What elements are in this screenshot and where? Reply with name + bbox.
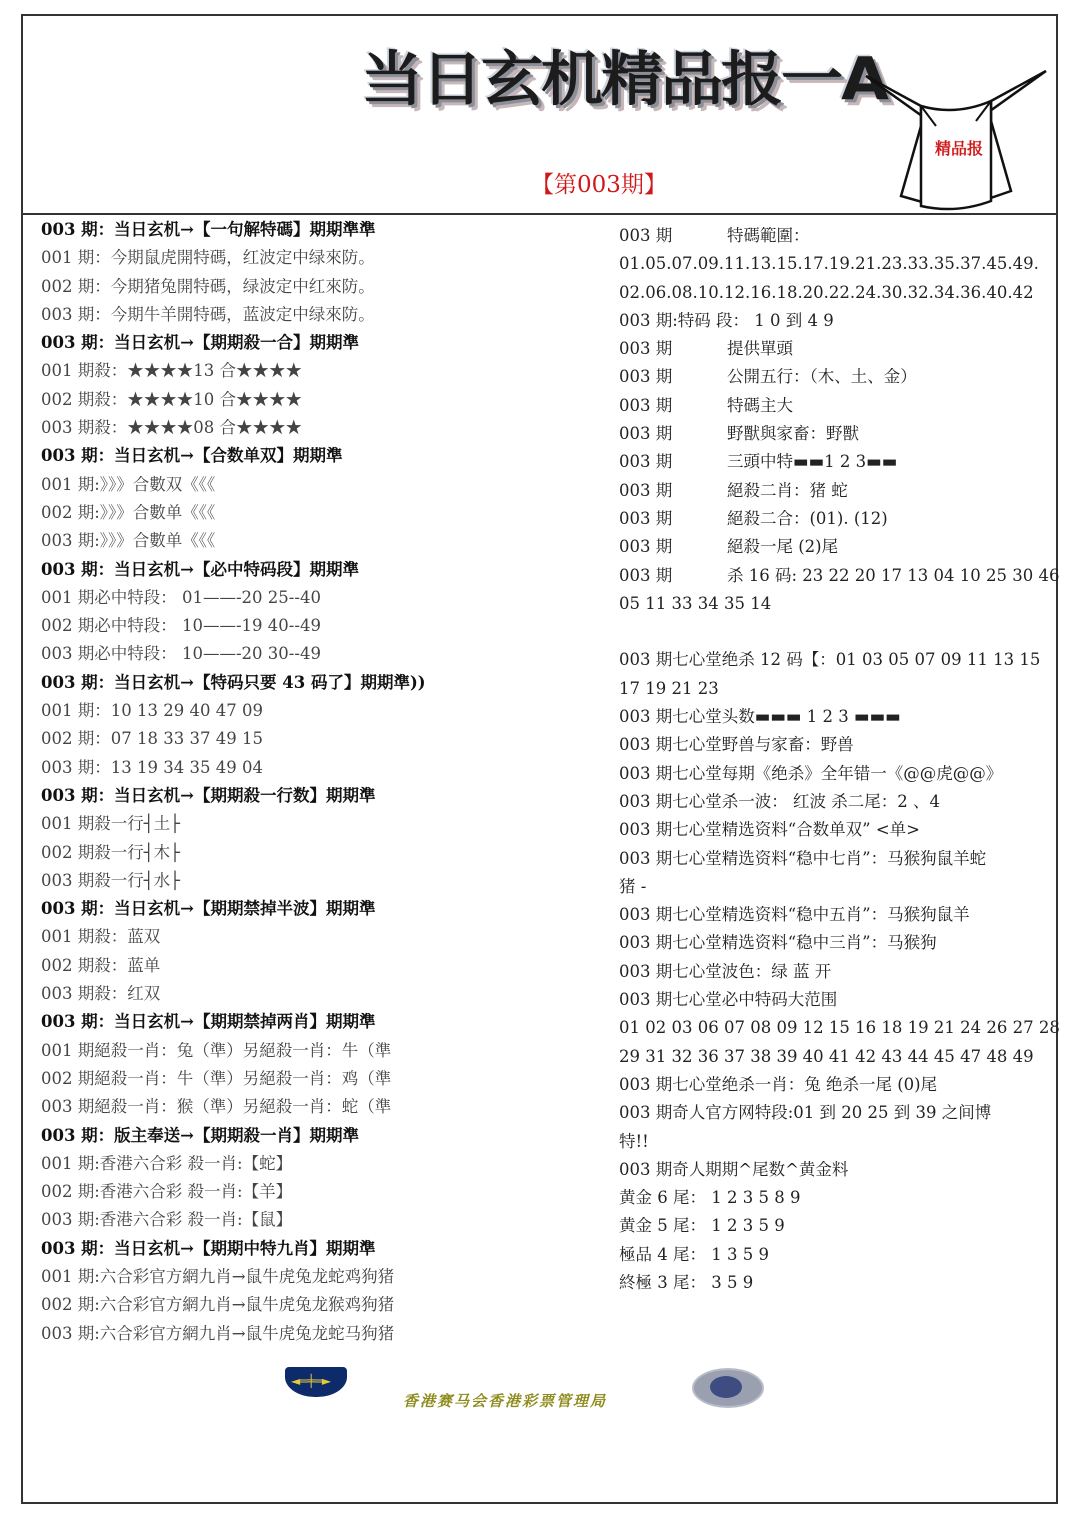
list-item: 003 期：13 19 34 35 49 04 xyxy=(41,754,491,782)
list-item: 002 期：今期猪兔開特碼，绿波定中红來防。 xyxy=(41,273,491,301)
list-item: 05 11 33 34 35 14 xyxy=(619,590,1049,618)
item-text: 003 期七心堂杀一波： 红波 杀二尾：2 、4 xyxy=(619,792,940,811)
item-text: 黄金 6 尾： 1 2 3 5 8 9 xyxy=(619,1188,800,1207)
list-item: 001 期：今期鼠虎開特碼，红波定中绿來防。 xyxy=(41,244,491,272)
list-item: 003 期七心堂野兽与家畜：野兽 xyxy=(619,731,1049,759)
section-heading: 003 期：当日玄机→【期期殺一行数】期期準 xyxy=(41,782,491,810)
item-text: 003 期七心堂精选资料“稳中七肖”：马猴狗鼠羊蛇 xyxy=(619,849,986,868)
item-text: 003 期七心堂精选资料“稳中三肖”：马猴狗 xyxy=(619,933,937,952)
list-item: 002 期必中特段： 10——-19 40--49 xyxy=(41,612,491,640)
issue-label: 003 期 xyxy=(619,222,727,250)
issue-label: 003 期 xyxy=(619,335,727,363)
list-item: 01 02 03 06 07 08 09 12 15 16 18 19 21 2… xyxy=(619,1014,1049,1042)
item-text: 極品 4 尾： 1 3 5 9 xyxy=(619,1245,769,1264)
item-text: 003 期七心堂每期《绝杀》全年错一《@@虎@@》 xyxy=(619,764,1002,783)
footer-text: 香港赛马会香港彩票管理局 xyxy=(403,1390,607,1411)
list-item: 003 期七心堂精选资料“稳中三肖”：马猴狗 xyxy=(619,929,1049,957)
list-item: 003 期:六合彩官方網九肖→鼠牛虎兔龙蛇马狗猪 xyxy=(41,1320,491,1348)
section-heading: 003 期：当日玄机→【必中特码段】期期準 xyxy=(41,556,491,584)
item-text: 終極 3 尾： 3 5 9 xyxy=(619,1273,753,1292)
list-item: 003 期七心堂头数▬▬▬ 1 2 3 ▬▬▬ xyxy=(619,703,1049,731)
list-item: 002 期:》》》合數单《《《 xyxy=(41,499,491,527)
list-item: 001 期殺：★★★★13 合★★★★ xyxy=(41,357,491,385)
section-heading: 003 期：当日玄机→【特码只要 43 码了】期期準)) xyxy=(41,669,491,697)
list-item: 003 期七心堂精选资料“稳中七肖”：马猴狗鼠羊蛇 xyxy=(619,845,1049,873)
section-heading: 003 期：当日玄机→【期期中特九肖】期期準 xyxy=(41,1235,491,1263)
item-text: 17 19 21 23 xyxy=(619,679,719,698)
list-item: 001 期殺一行┤土├ xyxy=(41,810,491,838)
list-item: 特!! xyxy=(619,1128,1049,1156)
item-text: 003 期七心堂绝杀 12 码【：01 03 05 07 09 11 13 15 xyxy=(619,650,1040,669)
list-item: 003 期七心堂绝杀一肖：兔 绝杀一尾 (0)尾 xyxy=(619,1071,1049,1099)
item-text: 黄金 5 尾： 1 2 3 5 9 xyxy=(619,1216,785,1235)
item-text: 003 期七心堂野兽与家畜：野兽 xyxy=(619,735,854,754)
issue-label: 003 期 xyxy=(619,505,727,533)
list-item: 003 期七心堂每期《绝杀》全年错一《@@虎@@》 xyxy=(619,760,1049,788)
list-item xyxy=(619,618,1049,646)
list-item: 003 期特碼主大 xyxy=(619,392,1049,420)
issue-label: 003 期 xyxy=(619,392,727,420)
issue-label: 003 期 xyxy=(619,363,727,391)
list-item: 終極 3 尾： 3 5 9 xyxy=(619,1269,1049,1297)
list-item: 003 期絕殺二合：(01). (12) xyxy=(619,505,1049,533)
page-title: 当日玄机精品报一A xyxy=(361,32,887,117)
item-text: 003 期七心堂头数▬▬▬ 1 2 3 ▬▬▬ xyxy=(619,707,901,726)
list-item: 003 期必中特段： 10——-20 30--49 xyxy=(41,640,491,668)
issue-number: 【第003期】 xyxy=(531,166,667,199)
list-item: 003 期奇人期期^尾数^黄金料 xyxy=(619,1156,1049,1184)
list-item: 001 期:香港六合彩 殺一肖:【蛇】 xyxy=(41,1150,491,1178)
list-item: 003 期七心堂杀一波： 红波 杀二尾：2 、4 xyxy=(619,788,1049,816)
list-item: 02.06.08.10.12.16.18.20.22.24.30.32.34.3… xyxy=(619,279,1049,307)
list-item: 003 期七心堂波色：绿 蓝 开 xyxy=(619,958,1049,986)
item-text: 003 期:特码 段： 1 0 到 4 9 xyxy=(619,311,834,330)
list-item: 001 期:六合彩官方網九肖→鼠牛虎兔龙蛇鸡狗猪 xyxy=(41,1263,491,1291)
list-item: 003 期:特码 段： 1 0 到 4 9 xyxy=(619,307,1049,335)
list-item: 黄金 5 尾： 1 2 3 5 9 xyxy=(619,1212,1049,1240)
section-heading: 003 期：当日玄机→【一句解特碼】期期準準 xyxy=(41,216,491,244)
list-item: 001 期：10 13 29 40 47 09 xyxy=(41,697,491,725)
list-item: 002 期絕殺一肖：牛（準）另絕殺一肖：鸡（準 xyxy=(41,1065,491,1093)
list-item: 003 期特碼範圍： xyxy=(619,222,1049,250)
list-item: 003 期奇人官方网特段:01 到 20 25 到 39 之间博 xyxy=(619,1099,1049,1127)
issue-label: 003 期 xyxy=(619,533,727,561)
list-item: 003 期七心堂精选资料“稳中五肖”：马猴狗鼠羊 xyxy=(619,901,1049,929)
list-item: 003 期七心堂绝杀 12 码【：01 03 05 07 09 11 13 15 xyxy=(619,646,1049,674)
section-heading: 003 期：版主奉送→【期期殺一肖】期期準 xyxy=(41,1122,491,1150)
banner-label: 精品报 xyxy=(935,136,983,159)
item-text: 01.05.07.09.11.13.15.17.19.21.23.33.35.3… xyxy=(619,254,1039,273)
item-text: 003 期七心堂精选资料“稳中五肖”：马猴狗鼠羊 xyxy=(619,905,970,924)
item-text: 05 11 33 34 35 14 xyxy=(619,594,771,613)
list-item: 003 期七心堂精选资料“合数单双” <单> xyxy=(619,816,1049,844)
item-text: 野獸與家畜：野獸 xyxy=(727,424,859,443)
list-item: 002 期殺：蓝单 xyxy=(41,952,491,980)
list-item: 003 期七心堂必中特码大范围 xyxy=(619,986,1049,1014)
item-text: 003 期七心堂精选资料“合数单双” <单> xyxy=(619,820,920,839)
list-item: 003 期絕殺二肖：猪 蛇 xyxy=(619,477,1049,505)
item-text: 提供單頭 xyxy=(727,339,793,358)
item-text: 特碼範圍： xyxy=(727,226,810,245)
list-item: 003 期提供單頭 xyxy=(619,335,1049,363)
list-item: 002 期:香港六合彩 殺一肖:【羊】 xyxy=(41,1178,491,1206)
list-item: 001 期必中特段： 01——-20 25--40 xyxy=(41,584,491,612)
item-text: 003 期奇人期期^尾数^黄金料 xyxy=(619,1160,848,1179)
item-text: 003 期奇人官方网特段:01 到 20 25 到 39 之间博 xyxy=(619,1103,991,1122)
horse-logo-icon xyxy=(692,1368,764,1408)
list-item: 003 期:》》》合數单《《《 xyxy=(41,527,491,555)
list-item: 001 期:》》》合數双《《《 xyxy=(41,471,491,499)
list-item: 極品 4 尾： 1 3 5 9 xyxy=(619,1241,1049,1269)
list-item: 黄金 6 尾： 1 2 3 5 8 9 xyxy=(619,1184,1049,1212)
list-item: 003 期絕殺一肖：猴（準）另絕殺一肖：蛇（準 xyxy=(41,1093,491,1121)
list-item: 002 期:六合彩官方網九肖→鼠牛虎兔龙猴鸡狗猪 xyxy=(41,1291,491,1319)
item-text: 猪 - xyxy=(619,877,646,896)
item-text: 02.06.08.10.12.16.18.20.22.24.30.32.34.3… xyxy=(619,283,1034,302)
page-frame: 当日玄机精品报一A 精品报 【第003期】 003 期：当日玄机→【一句解特碼】… xyxy=(21,14,1058,1504)
list-item: 003 期野獸與家畜：野獸 xyxy=(619,420,1049,448)
item-text: 三頭中特▬▬1 2 3▬▬ xyxy=(727,452,897,471)
issue-label: 003 期 xyxy=(619,562,727,590)
item-text: 29 31 32 36 37 38 39 40 41 42 43 44 45 4… xyxy=(619,1047,1034,1066)
section-heading: 003 期：当日玄机→【期期禁掉半波】期期準 xyxy=(41,895,491,923)
issue-label: 003 期 xyxy=(619,477,727,505)
list-item: 003 期公開五行：（木、土、金） xyxy=(619,363,1049,391)
list-item: 001 期殺：蓝双 xyxy=(41,923,491,951)
list-item: 003 期殺一行┤水├ xyxy=(41,867,491,895)
list-item: 001 期絕殺一肖：兔（準）另絕殺一肖：牛（準 xyxy=(41,1037,491,1065)
list-item: 01.05.07.09.11.13.15.17.19.21.23.33.35.3… xyxy=(619,250,1049,278)
issue-label: 003 期 xyxy=(619,448,727,476)
list-item: 002 期殺一行┤木├ xyxy=(41,839,491,867)
list-item: 002 期殺：★★★★10 合★★★★ xyxy=(41,386,491,414)
list-item: 003 期三頭中特▬▬1 2 3▬▬ xyxy=(619,448,1049,476)
item-text: 003 期七心堂必中特码大范围 xyxy=(619,990,837,1009)
list-item: 003 期殺：红双 xyxy=(41,980,491,1008)
list-item: 003 期殺：★★★★08 合★★★★ xyxy=(41,414,491,442)
item-text: 絕殺二肖：猪 蛇 xyxy=(727,481,848,500)
item-text: 01 02 03 06 07 08 09 12 15 16 18 19 21 2… xyxy=(619,1018,1060,1037)
item-text: 絕殺二合：(01). (12) xyxy=(727,509,888,528)
list-item: 002 期：07 18 33 37 49 15 xyxy=(41,725,491,753)
item-text: 絕殺一尾 (2)尾 xyxy=(727,537,838,556)
item-text: 杀 16 码: 23 22 20 17 13 04 10 25 30 46 xyxy=(727,566,1059,585)
list-item: 17 19 21 23 xyxy=(619,675,1049,703)
item-text: 特碼主大 xyxy=(727,396,793,415)
list-item: 003 期杀 16 码: 23 22 20 17 13 04 10 25 30 … xyxy=(619,562,1049,590)
list-item: 29 31 32 36 37 38 39 40 41 42 43 44 45 4… xyxy=(619,1043,1049,1071)
right-column: 003 期特碼範圍：01.05.07.09.11.13.15.17.19.21.… xyxy=(619,222,1049,1297)
item-text: 特!! xyxy=(619,1132,649,1151)
left-column: 003 期：当日玄机→【一句解特碼】期期準準001 期：今期鼠虎開特碼，红波定中… xyxy=(41,216,491,1348)
list-item: 猪 - xyxy=(619,873,1049,901)
item-text: 003 期七心堂绝杀一肖：兔 绝杀一尾 (0)尾 xyxy=(619,1075,937,1094)
list-item: 003 期：今期牛羊開特碼，蓝波定中绿來防。 xyxy=(41,301,491,329)
issue-label: 003 期 xyxy=(619,420,727,448)
section-heading: 003 期：当日玄机→【期期禁掉两肖】期期準 xyxy=(41,1008,491,1036)
section-heading: 003 期：当日玄机→【合数单双】期期準 xyxy=(41,442,491,470)
list-item: 003 期:香港六合彩 殺一肖:【鼠】 xyxy=(41,1206,491,1234)
list-item: 003 期絕殺一尾 (2)尾 xyxy=(619,533,1049,561)
header: 当日玄机精品报一A 精品报 【第003期】 xyxy=(23,16,1056,215)
item-text: 公開五行：（木、土、金） xyxy=(727,367,917,386)
section-heading: 003 期：当日玄机→【期期殺一合】期期準 xyxy=(41,329,491,357)
item-text: 003 期七心堂波色：绿 蓝 开 xyxy=(619,962,831,981)
